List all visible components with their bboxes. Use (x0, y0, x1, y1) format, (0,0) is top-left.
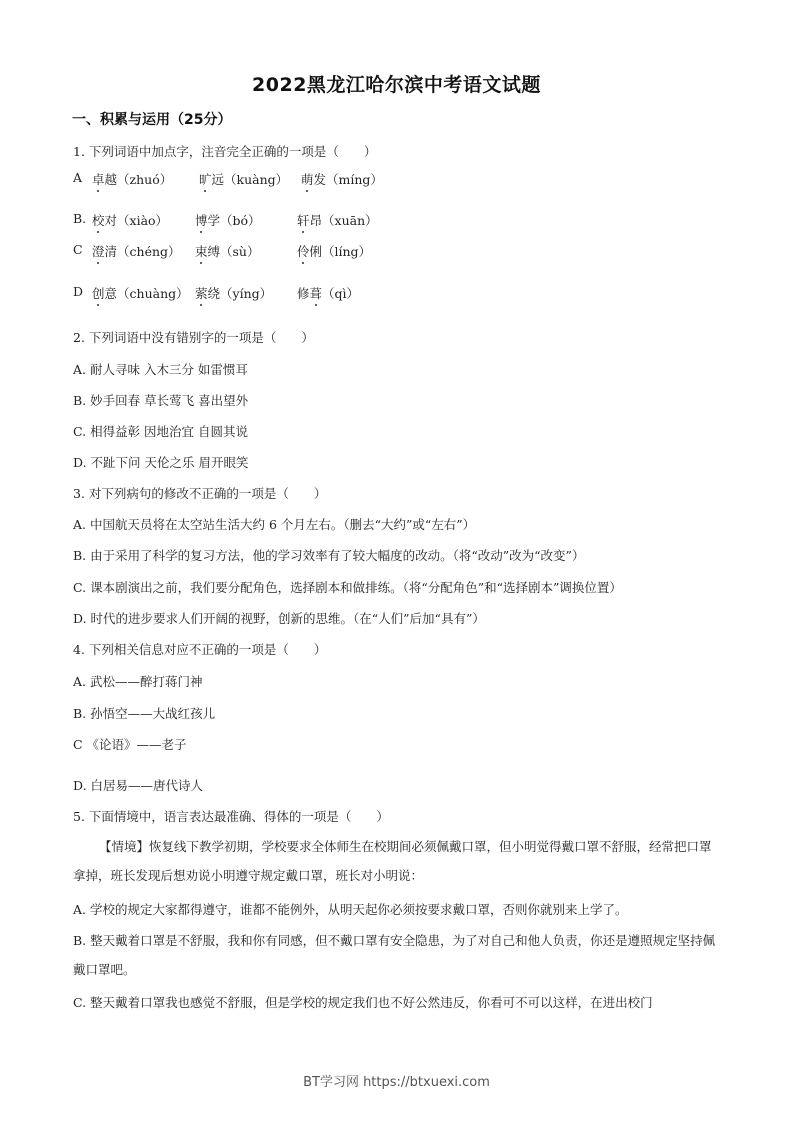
question-4-option-c: C 《论语》——老子 (73, 735, 187, 753)
question-3-option-d: D. 时代的进步要求人们开阔的视野，创新的思维。（在“人们”后加“具有”） (73, 609, 485, 627)
option-item: 轩昂（xuān） (297, 211, 378, 229)
section-heading: 一、积累与运用（25分） (72, 109, 231, 129)
option-item: 修葺（qì） (297, 284, 359, 302)
question-3-option-b: B. 由于采用了科学的复习方法，他的学习效率有了较大幅度的改动。（将“改动”改为… (73, 546, 584, 564)
option-item: 伶俐（líng） (297, 242, 371, 260)
option-item: 澄清（chéng） (92, 242, 181, 260)
question-3-option-a: A. 中国航天员将在太空站生活大约 6 个月左右。（删去“大约”或“左右”） (73, 515, 475, 533)
question-5-option-c: C. 整天戴着口罩我也感觉不舒服，但是学校的规定我们也不好公然违反，你看可不可以… (73, 988, 723, 1017)
question-1-stem: 1. 下列词语中加点字，注音完全正确的一项是（ ） (73, 142, 376, 160)
question-4-stem: 4. 下列相关信息对应不正确的一项是（ ） (73, 640, 326, 658)
option-item: 校对（xiào） (92, 211, 168, 229)
question-4-option-d: D. 白居易——唐代诗人 (73, 776, 203, 794)
option-label: C (73, 242, 83, 257)
option-item: 萌发（míng） (301, 170, 383, 188)
option-item: 卓越（zhuó） (92, 170, 172, 188)
question-5-option-b: B. 整天戴着口罩是不舒服，我和你有同感，但不戴口罩有安全隐患，为了对自己和他人… (73, 926, 723, 984)
option-item: 旷远（kuàng） (199, 170, 288, 188)
question-3-option-c: C. 课本剧演出之前，我们要分配角色，选择剧本和做排练。（将“分配角色”和“选择… (73, 578, 622, 596)
option-label: B. (73, 211, 86, 226)
option-item: 束缚（sù） (195, 242, 259, 260)
question-4-option-b: B. 孙悟空——大战红孩儿 (73, 704, 215, 722)
footer-watermark: BT学习网 https://btxuexi.com (0, 1071, 793, 1090)
question-2-stem: 2. 下列词语中没有错别字的一项是（ ） (73, 328, 314, 346)
question-5-stem: 5. 下面情境中，语言表达最准确、得体的一项是（ ） (73, 807, 389, 825)
option-item: 萦绕（yíng） (195, 284, 272, 302)
question-2-option-b: B. 妙手回春 草长莺飞 喜出望外 (73, 391, 248, 409)
document-page: 2022黑龙江哈尔滨中考语文试题 一、积累与运用（25分） 1. 下列词语中加点… (0, 0, 793, 1122)
question-3-stem: 3. 对下列病句的修改不正确的一项是（ ） (73, 484, 326, 502)
option-label: D (73, 284, 83, 299)
question-2-option-a: A. 耐人寻味 入木三分 如雷惯耳 (73, 360, 248, 378)
question-5-option-a: A. 学校的规定大家都得遵守，谁都不能例外，从明天起你必须按要求戴口罩，否则你就… (73, 895, 723, 924)
option-label: A (73, 170, 82, 185)
question-2-option-c: C. 相得益彰 因地治宜 自圆其说 (73, 422, 248, 440)
option-item: 博学（bó） (195, 211, 261, 229)
question-5-context: 【情境】恢复线下教学初期，学校要求全体师生在校期间必须佩戴口罩，但小明觉得戴口罩… (73, 832, 723, 890)
question-4-option-a: A. 武松——醉打蒋门神 (73, 672, 202, 690)
question-2-option-d: D. 不趾下问 天伦之乐 眉开眼笑 (73, 453, 248, 471)
page-title: 2022黑龙江哈尔滨中考语文试题 (0, 70, 793, 97)
option-item: 创意（chuàng） (92, 284, 189, 302)
